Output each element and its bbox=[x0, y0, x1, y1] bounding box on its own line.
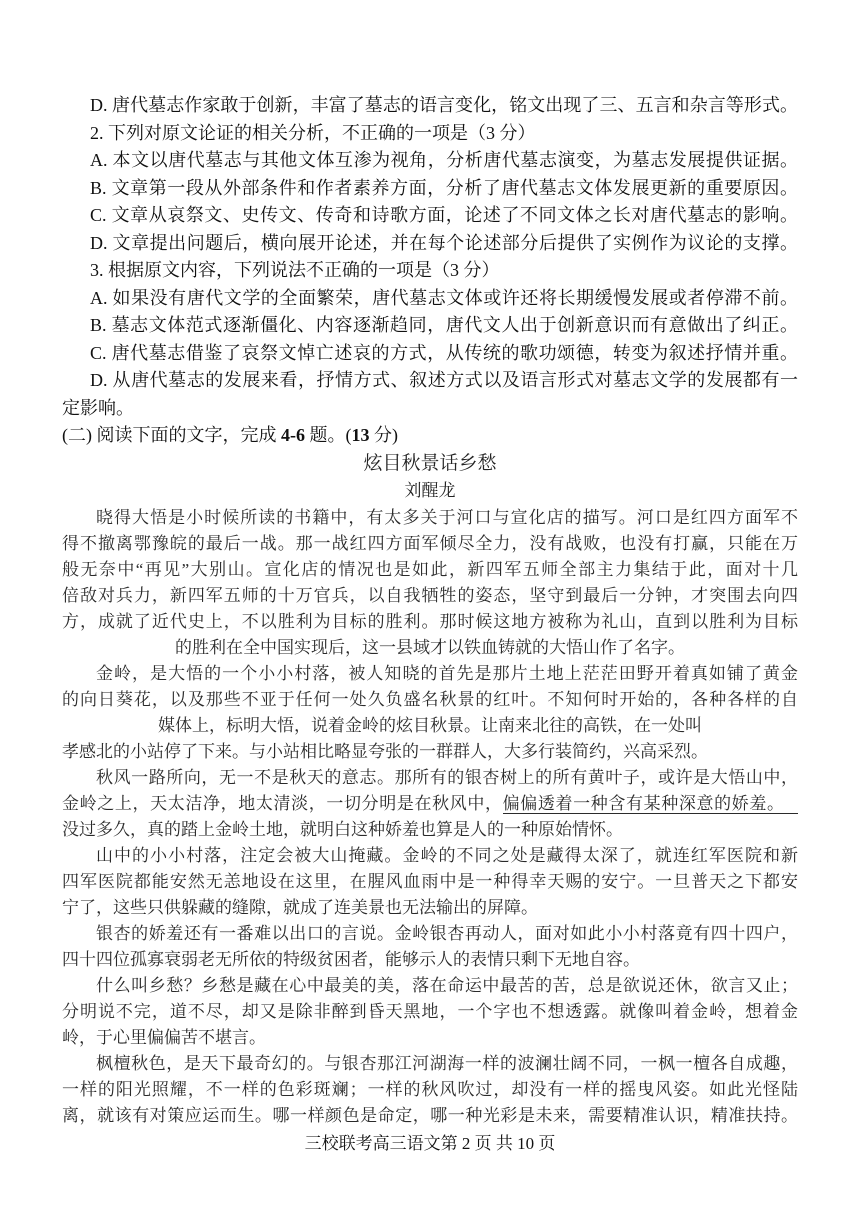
passage-line: 山中的小小村落，注定会被大山掩藏。金岭的不同之处是藏得太深了，就连红军医院和新 bbox=[62, 843, 798, 869]
passage-line: 金岭，是大悟的一个小小村落，被人知晓的首先是那片土地上茫茫田野开着真如铺了黄金 bbox=[62, 661, 798, 687]
exam-page: D. 唐代墓志作家敢于创新，丰富了墓志的语言变化，铭文出现了三、五言和杂言等形式… bbox=[62, 92, 798, 1157]
passage-author: 刘醒龙 bbox=[62, 477, 798, 505]
passage-line: 一样的阳光照耀，不一样的色彩斑斓；一样的秋风吹过，却没有一样的摇曳风姿。如此光怪… bbox=[62, 1077, 798, 1103]
passage-line: 倍敌对兵力，新四军五师的十万官兵，以自我牺牲的姿态，坚守到最后一分钟，才突围去向… bbox=[62, 583, 798, 609]
underlined-phrase: 偏偏透着一种含有某种深意的娇羞。 bbox=[503, 794, 798, 814]
passage-line: 媒体上，标明大悟，说着金岭的炫目秋景。让南来北往的高铁，在一处叫 bbox=[62, 713, 798, 739]
passage-line: 什么叫乡愁？乡愁是藏在心中最美的美，落在命运中最苦的苦，总是欲说还休，欲言又止； bbox=[62, 973, 798, 999]
passage-title: 炫目秋景话乡愁 bbox=[62, 450, 798, 478]
passage-line: 般无奈中“再见”大别山。宣化店的情况也是如此，新四军五师全部主力集结于此，面对十… bbox=[62, 557, 798, 583]
passage-line: 枫檀秋色，是天下最奇幻的。与银杏那江河湖海一样的波澜壮阔不同，一枫一檀各自成趣， bbox=[62, 1051, 798, 1077]
passage-line: 岭，于心里偏偏苦不堪言。 bbox=[62, 1025, 798, 1051]
section-2-prefix: (二) 阅读下面的文字，完成 bbox=[62, 425, 281, 445]
question-line: D. 唐代墓志作家敢于创新，丰富了墓志的语言变化，铭文出现了三、五言和杂言等形式… bbox=[62, 92, 798, 120]
question-line: 定影响。 bbox=[62, 395, 798, 423]
question-line: B. 墓志文体范式逐渐僵化、内容逐渐趋同，唐代文人出于创新意识而有意做出了纠正。 bbox=[62, 312, 798, 340]
passage-line-underline: 金岭之上，天太洁净，地太清淡，一切分明是在秋风中，偏偏透着一种含有某种深意的娇羞… bbox=[62, 791, 798, 817]
section-2-header: (二) 阅读下面的文字，完成 4-6 题。(13 分) bbox=[62, 422, 798, 450]
page-footer: 三校联考高三语文第 2 页 共 10 页 bbox=[62, 1130, 798, 1158]
passage-line: 晓得大悟是小时候所读的书籍中，有太多关于河口与宣化店的描写。河口是红四方面军不 bbox=[62, 505, 798, 531]
passage-line: 秋风一路所向，无一不是秋天的意志。那所有的银杏树上的所有黄叶子，或许是大悟山中， bbox=[62, 765, 798, 791]
question-line: B. 文章第一段从外部条件和作者素养方面，分析了唐代墓志文体发展更新的重要原因。 bbox=[62, 175, 798, 203]
passage-line: 分明说不完，道不尽，却又是除非醉到昏天黑地，一个字也不想透露。就像叫着金岭，想着… bbox=[62, 999, 798, 1025]
section-2-range: 4-6 bbox=[281, 425, 305, 445]
section-2-mid: 题。( bbox=[305, 425, 352, 445]
passage-line: 的向日葵花，以及那些不亚于任何一处久负盛名秋景的红叶。不知何时开始的，各种各样的… bbox=[62, 687, 798, 713]
question-line: D. 文章提出问题后，横向展开论述，并在每个论述部分后提供了实例作为议论的支撑。 bbox=[62, 230, 798, 258]
question-line: A. 本文以唐代墓志与其他文体互渗为视角，分析唐代墓志演变，为墓志发展提供证据。 bbox=[62, 147, 798, 175]
passage-line: 四十四位孤寡衰弱老无所依的特级贫困者，能够示人的表情只剩下无地自容。 bbox=[62, 947, 798, 973]
passage-line: 宁了，这些只供躲藏的缝隙，就成了连美景也无法输出的屏障。 bbox=[62, 895, 798, 921]
question-line: C. 唐代墓志借鉴了哀祭文悼亡述哀的方式，从传统的歌功颂德，转变为叙述抒情并重。 bbox=[62, 340, 798, 368]
question-line: A. 如果没有唐代文学的全面繁荣，唐代墓志文体或许还将长期缓慢发展或者停滞不前。 bbox=[62, 285, 798, 313]
section-2-suffix: 分) bbox=[370, 425, 399, 445]
passage-line: 方，成就了近代史上，不以胜利为目标的胜利。那时候这地方被称为礼山，直到以胜利为目… bbox=[62, 609, 798, 635]
question-line: 3. 根据原文内容，下列说法不正确的一项是（3 分） bbox=[62, 257, 798, 285]
passage-line: 的胜利在全中国实现后，这一县域才以铁血铸就的大悟山作了名字。 bbox=[62, 635, 798, 661]
passage-line: 银杏的娇羞还有一番难以出口的言说。金岭银杏再动人，面对如此小小村落竟有四十四户， bbox=[62, 921, 798, 947]
underline-lead-text: 金岭之上，天太洁净，地太清淡，一切分明是在秋风中， bbox=[62, 794, 503, 813]
section-2-score: 13 bbox=[352, 425, 370, 445]
passage-line: 没过多久，真的踏上金岭土地，就明白这种娇羞也算是人的一种原始情怀。 bbox=[62, 817, 798, 843]
passage-line: 得不撤离鄂豫皖的最后一战。那一战红四方面军倾尽全力，没有战败，也没有打赢，只能在… bbox=[62, 531, 798, 557]
question-line: C. 文章从哀祭文、史传文、传奇和诗歌方面，论述了不同文体之长对唐代墓志的影响。 bbox=[62, 202, 798, 230]
passage-line: 孝感北的小站停了下来。与小站相比略显夸张的一群群人，大多行装简约，兴高采烈。 bbox=[62, 739, 798, 765]
question-line: 2. 下列对原文论证的相关分析，不正确的一项是（3 分） bbox=[62, 120, 798, 148]
passage-line: 离，就该有对策应运而生。哪一样颜色是命定，哪一种光彩是未来，需要精准认识，精准扶… bbox=[62, 1103, 798, 1129]
passage-line: 四军医院都能安然无恙地设在这里，在腥风血雨中是一种得幸天赐的安宁。一旦普天之下都… bbox=[62, 869, 798, 895]
question-line: D. 从唐代墓志的发展来看，抒情方式、叙述方式以及语言形式对墓志文学的发展都有一 bbox=[62, 367, 798, 395]
